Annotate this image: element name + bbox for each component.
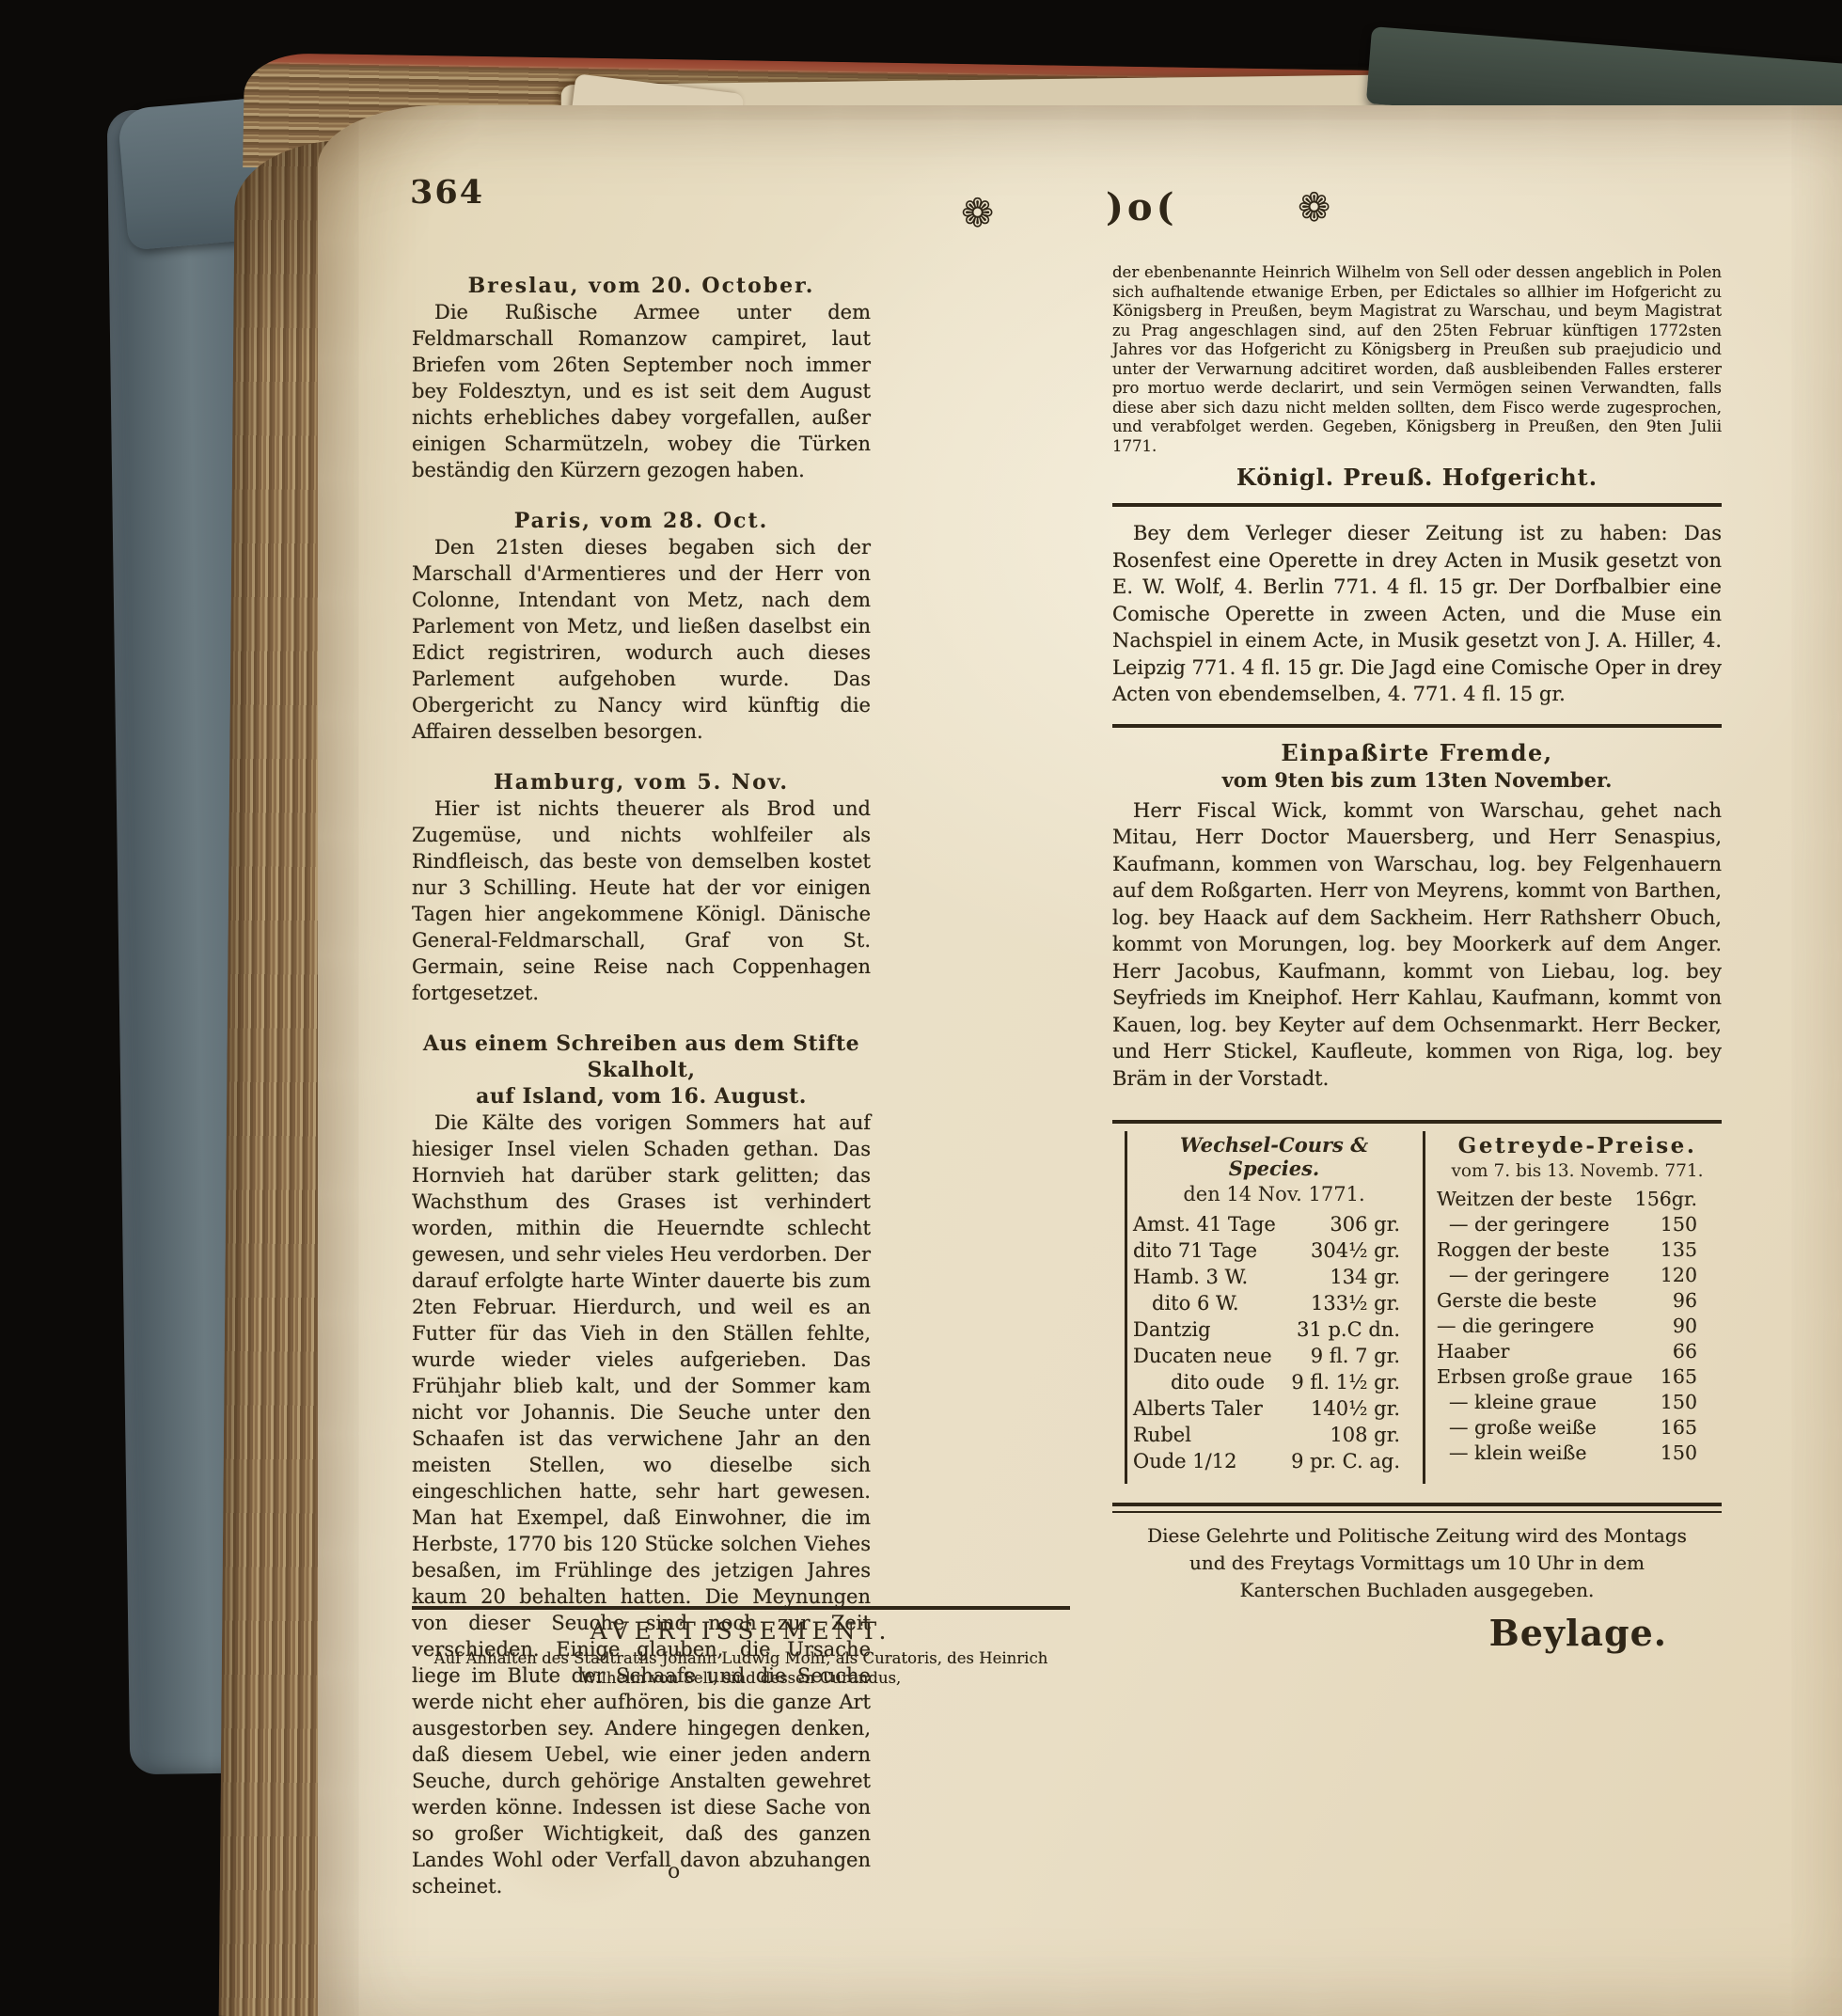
table-row: dito oude 9 fl. 1½ gr. (1133, 1369, 1415, 1395)
row-value: 304½ gr. (1311, 1237, 1415, 1264)
publisher-ad-body: Bey dem Verleger dieser Zeitung ist zu h… (1112, 520, 1722, 708)
grain-table: Getreyde-Preise. vom 7. bis 13. Novemb. … (1425, 1131, 1722, 1484)
header-divider-mark: )o( (1106, 188, 1178, 228)
legal-notice-body: der ebenbenannte Heinrich Wilhelm von Se… (1112, 263, 1722, 456)
row-label: Dantzig (1133, 1316, 1211, 1343)
article-heading: Breslau, vom 20. October. (412, 273, 871, 299)
row-label: — der geringere (1437, 1212, 1610, 1237)
row-label: Rubel (1133, 1422, 1191, 1448)
row-value: 165 (1661, 1364, 1718, 1390)
avertissement-title: AVERTISSEMENT. (412, 1617, 1070, 1645)
row-value: 165 (1661, 1415, 1718, 1441)
double-rule (1112, 1503, 1722, 1513)
article-heading: Aus einem Schreiben aus dem Stifte Skalh… (412, 1031, 871, 1083)
avertissement-body: Auf Anhalten des Stadtraths Johann Ludwi… (412, 1648, 1070, 1688)
exchange-table-rows: Amst. 41 Tage 306 gr. dito 71 Tage 304½ … (1133, 1211, 1415, 1474)
row-label: Weitzen der beste (1437, 1187, 1613, 1212)
row-label: Oude 1/12 (1133, 1448, 1236, 1474)
grain-table-title: Getreyde-Preise. (1437, 1133, 1718, 1158)
avertissement-block: AVERTISSEMENT. Auf Anhalten des Stadtrat… (412, 1606, 1070, 1688)
article-skalholt: Aus einem Schreiben aus dem Stifte Skalh… (412, 1031, 871, 1899)
exchange-table-date: den 14 Nov. 1771. (1133, 1183, 1415, 1205)
arrivals-title: Einpaßirte Fremde, (1112, 739, 1722, 766)
row-label: dito 71 Tage (1133, 1237, 1257, 1264)
table-row: Haaber 66 (1437, 1339, 1718, 1364)
row-value: 134 gr. (1330, 1264, 1415, 1290)
row-value: 140½ gr. (1311, 1395, 1415, 1422)
arrivals-subtitle: vom 9ten bis zum 13ten November. (1112, 768, 1722, 792)
arrivals-body: Herr Fiscal Wick, kommt von Warschau, ge… (1112, 797, 1722, 1093)
row-value: 156gr. (1635, 1187, 1718, 1212)
article-body: Die Kälte des vorigen Sommers hat auf hi… (412, 1110, 871, 1899)
beylage-label: Beylage. (1112, 1612, 1722, 1654)
row-value: 90 (1673, 1314, 1718, 1339)
shell-ornament-left-icon: ❁ (961, 194, 994, 233)
row-value: 9 fl. 7 gr. (1311, 1343, 1415, 1369)
row-value: 108 gr. (1330, 1422, 1415, 1448)
row-label: Roggen der beste (1437, 1237, 1610, 1263)
publication-notice-line: Kanterschen Buchladen ausgegeben. (1112, 1577, 1722, 1604)
newspaper-page: 364 ❁ )o( ❁ Breslau, vom 20. October. Di… (318, 105, 1842, 2016)
row-value: 66 (1673, 1339, 1718, 1364)
table-row: Gerste die beste 96 (1437, 1288, 1718, 1314)
publication-notice-line: und des Freytags Vormittags um 10 Uhr in… (1112, 1550, 1722, 1577)
row-value: 120 (1661, 1263, 1718, 1288)
row-value: 150 (1661, 1441, 1718, 1466)
row-label: Alberts Taler (1133, 1395, 1263, 1422)
article-paris: Paris, vom 28. Oct. Den 21sten dieses be… (412, 508, 871, 745)
row-label: Amst. 41 Tage (1133, 1211, 1276, 1237)
row-label: — klein weiße (1437, 1441, 1587, 1466)
row-label: — der geringere (1437, 1263, 1610, 1288)
row-value: 150 (1661, 1212, 1718, 1237)
table-row: Erbsen große graue 165 (1437, 1364, 1718, 1390)
table-row: Roggen der beste 135 (1437, 1237, 1718, 1263)
row-label: Hamb. 3 W. (1133, 1264, 1248, 1290)
price-tables: Wechsel-Cours & Species. den 14 Nov. 177… (1112, 1120, 1722, 1484)
row-label: dito 6 W. (1133, 1290, 1239, 1316)
row-value: 9 fl. 1½ gr. (1291, 1369, 1415, 1395)
row-value: 135 (1661, 1237, 1718, 1263)
article-heading: Hamburg, vom 5. Nov. (412, 769, 871, 795)
row-value: 133½ gr. (1311, 1290, 1415, 1316)
table-row: — der geringere 120 (1437, 1263, 1718, 1288)
article-body: Die Rußische Armee unter dem Feldmarscha… (412, 299, 871, 483)
table-row: — die geringere 90 (1437, 1314, 1718, 1339)
horizontal-rule (1112, 724, 1722, 728)
horizontal-rule (1112, 503, 1722, 507)
table-row: Dantzig 31 p.C dn. (1133, 1316, 1415, 1343)
row-label: Ducaten neue (1133, 1343, 1272, 1369)
row-value: 31 p.C dn. (1297, 1316, 1415, 1343)
table-row: Oude 1/12 9 pr. C. ag. (1133, 1448, 1415, 1474)
table-row: Alberts Taler 140½ gr. (1133, 1395, 1415, 1422)
row-label: Haaber (1437, 1339, 1509, 1364)
grain-table-date: vom 7. bis 13. Novemb. 771. (1437, 1161, 1718, 1181)
row-label: — große weiße (1437, 1415, 1597, 1441)
shell-ornament-right-icon: ❁ (1298, 188, 1330, 228)
row-label: dito oude (1133, 1369, 1265, 1395)
table-row: Ducaten neue 9 fl. 7 gr. (1133, 1343, 1415, 1369)
table-row: dito 6 W. 133½ gr. (1133, 1290, 1415, 1316)
page-number: 364 (410, 173, 484, 212)
row-label: Erbsen große graue (1437, 1364, 1632, 1390)
article-body: Hier ist nichts theuerer als Brod und Zu… (412, 795, 871, 1006)
table-row: Weitzen der beste 156gr. (1437, 1187, 1718, 1212)
article-heading: Paris, vom 28. Oct. (412, 508, 871, 534)
publication-notice-line: Diese Gelehrte und Politische Zeitung wi… (1112, 1522, 1722, 1550)
article-hamburg: Hamburg, vom 5. Nov. Hier ist nichts the… (412, 769, 871, 1006)
row-label: — kleine graue (1437, 1390, 1597, 1415)
table-row: Rubel 108 gr. (1133, 1422, 1415, 1448)
article-breslau: Breslau, vom 20. October. Die Rußische A… (412, 273, 871, 483)
row-value: 9 pr. C. ag. (1291, 1448, 1415, 1474)
table-row: Hamb. 3 W. 134 gr. (1133, 1264, 1415, 1290)
row-value: 150 (1661, 1390, 1718, 1415)
right-column: der ebenbenannte Heinrich Wilhelm von Se… (1112, 263, 1722, 1654)
exchange-table: Wechsel-Cours & Species. den 14 Nov. 177… (1125, 1131, 1425, 1484)
horizontal-rule (412, 1606, 1070, 1610)
table-row: — klein weiße 150 (1437, 1441, 1718, 1466)
legal-notice-signature: Königl. Preuß. Hofgericht. (1112, 464, 1722, 491)
article-heading-line2: auf Island, vom 16. August. (412, 1083, 871, 1110)
article-body: Den 21sten dieses begaben sich der Marsc… (412, 534, 871, 745)
row-value: 96 (1673, 1288, 1718, 1314)
table-row: — große weiße 165 (1437, 1415, 1718, 1441)
table-row: — kleine graue 150 (1437, 1390, 1718, 1415)
table-row: dito 71 Tage 304½ gr. (1133, 1237, 1415, 1264)
table-row: Amst. 41 Tage 306 gr. (1133, 1211, 1415, 1237)
exchange-table-title: Wechsel-Cours & Species. (1133, 1133, 1415, 1180)
grain-table-rows: Weitzen der beste 156gr. — der geringere… (1437, 1187, 1718, 1466)
catchword: o (668, 1860, 680, 1883)
row-value: 306 gr. (1330, 1211, 1415, 1237)
publication-notice: Diese Gelehrte und Politische Zeitung wi… (1112, 1522, 1722, 1604)
row-label: — die geringere (1437, 1314, 1594, 1339)
row-label: Gerste die beste (1437, 1288, 1597, 1314)
table-row: — der geringere 150 (1437, 1212, 1718, 1237)
